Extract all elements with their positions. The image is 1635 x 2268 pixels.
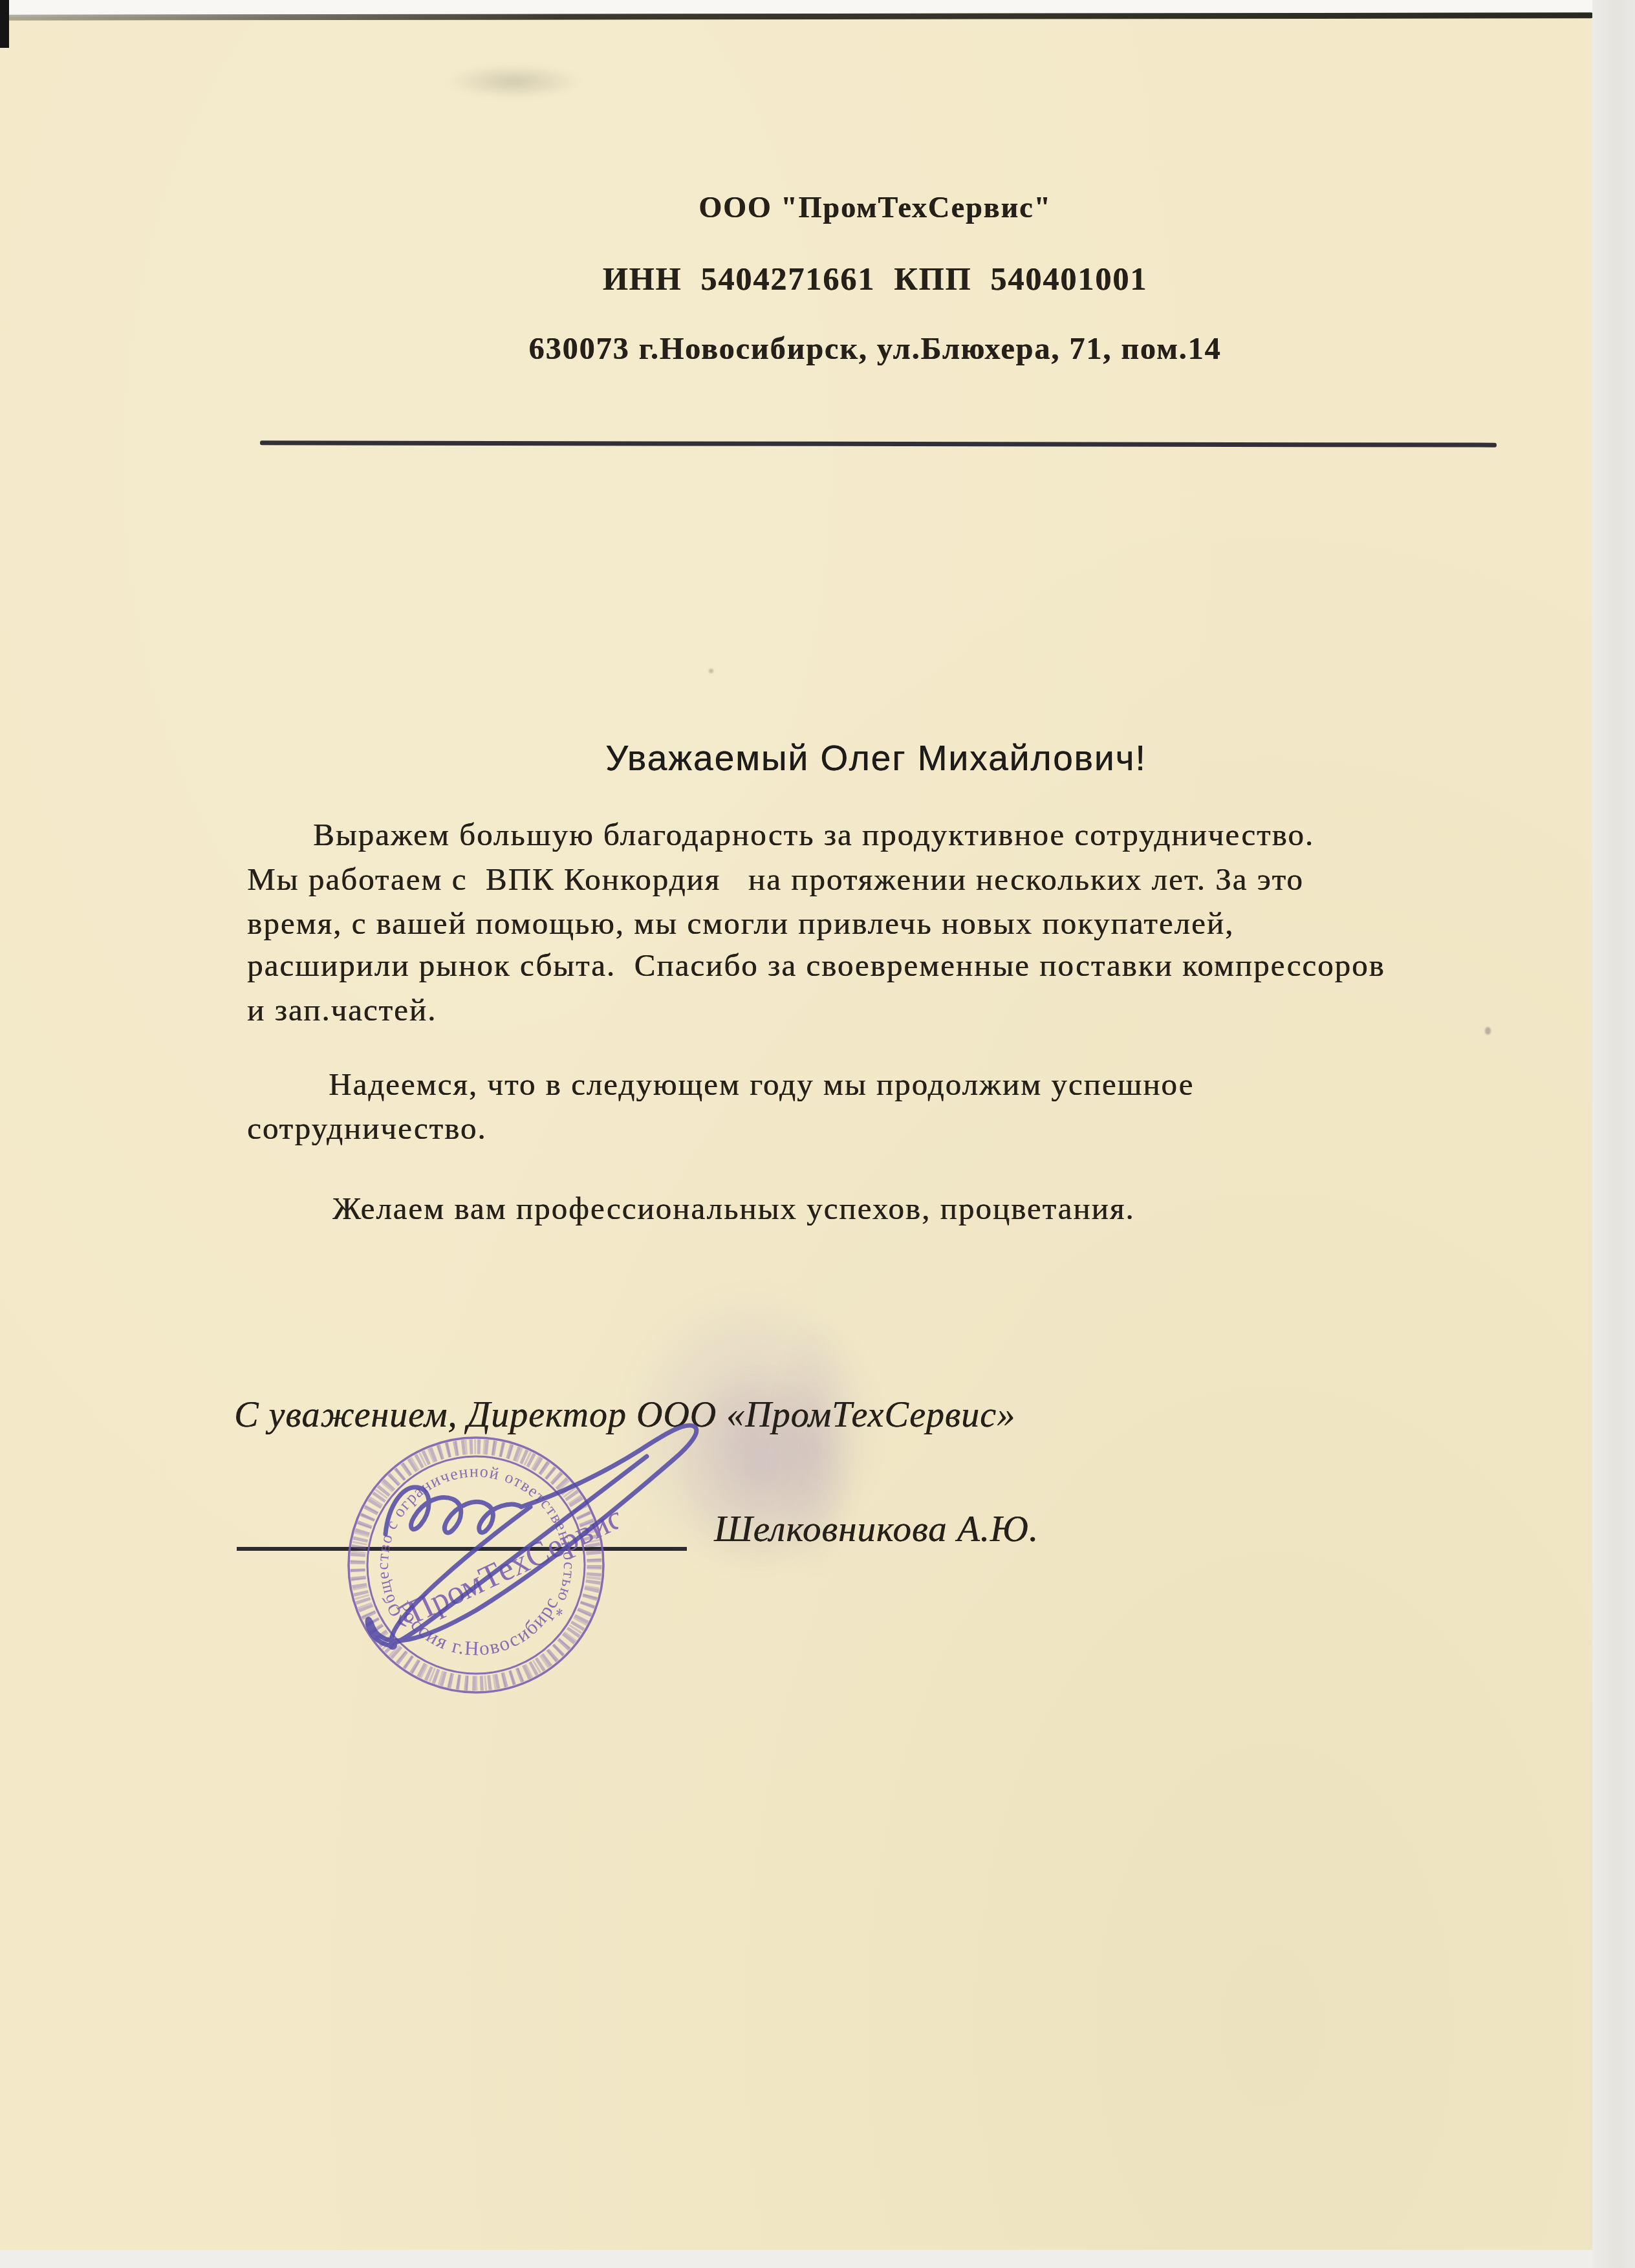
scan-corner-mark [0,0,9,48]
body-line: расширили рынок сбыта. Спасибо за своевр… [247,948,1385,983]
body-line: Желаем вам профессиональных успехов, про… [332,1191,1135,1226]
body-line: сотрудничество. [247,1111,487,1146]
signature-narrow-loop [391,1456,647,1643]
signature-scribble [278,1371,770,1733]
tax-id-line: ИНН 5404271661 КПП 540401001 [603,261,1148,297]
scan-background-right [1592,0,1635,2268]
address-line: 630073 г.Новосибирск, ул.Блюхера, 71, по… [528,332,1221,367]
company-name: ООО "ПромТехСервис" [698,191,1052,224]
scanned-letter: ООО "ПромТехСервис" ИНН 5404271661 КПП 5… [0,0,1635,2268]
ink-blob [388,1641,397,1650]
body-line: время, с вашей помощью, мы смогли привле… [247,906,1234,941]
body-line: Выражем большую благодарность за продукт… [313,817,1314,852]
pen-strokes [367,1425,697,1650]
body-line: Надеемся, что в следующем году мы продол… [329,1067,1194,1102]
body-line: Мы работаем с ВПК Конкордия на протяжени… [247,862,1304,897]
scan-background-bottom [0,2250,1592,2268]
salutation: Уважаемый Олег Михайлович! [605,739,1146,778]
body-line: и зап.частей. [247,993,437,1028]
